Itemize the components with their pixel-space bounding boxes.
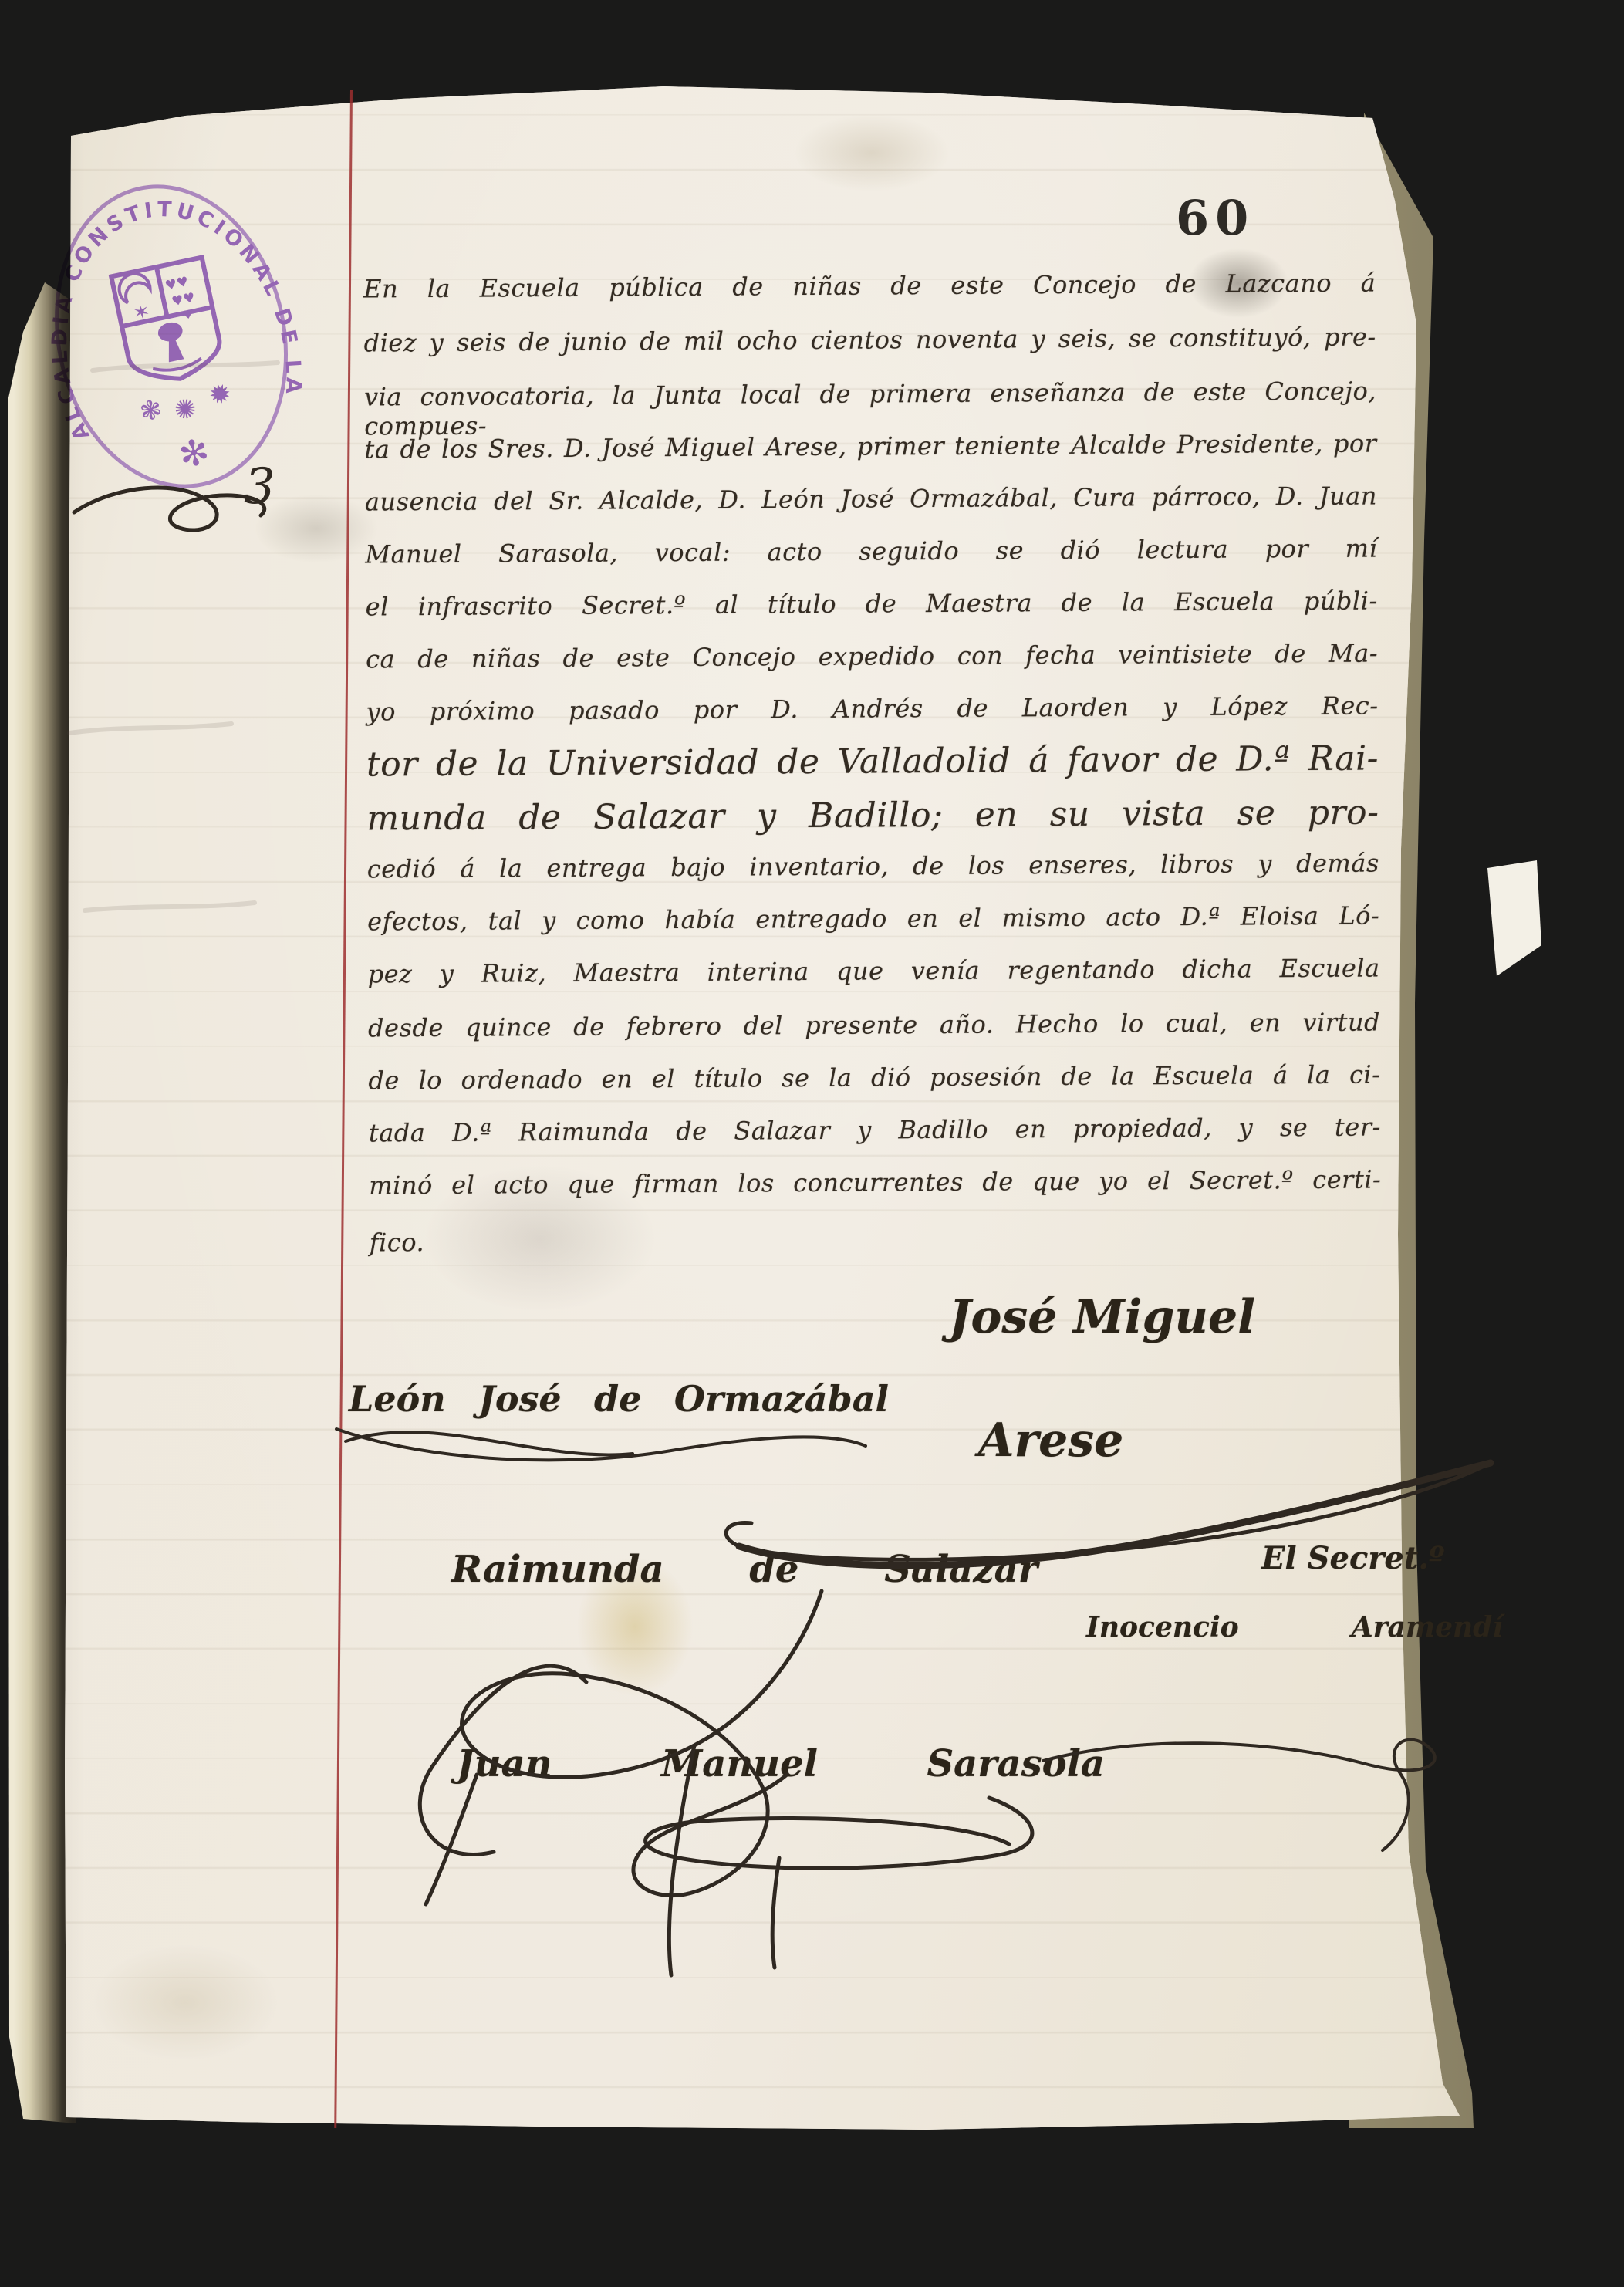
manuscript-line: el infrascrito Secret.º al título de Mae… <box>366 586 1378 622</box>
manuscript-line: cedió á la entrega bajo inventario, de l… <box>367 849 1379 884</box>
manuscript-line: diez y seis de junio de mil ocho cientos… <box>364 323 1376 358</box>
manuscript-line: tada D.ª Raimunda de Salazar y Badillo e… <box>369 1112 1381 1147</box>
signature-secretary-title: El Secret.º <box>1261 1540 1444 1576</box>
signature-inocencio-aramendi: Inocencio Aramendí <box>1086 1611 1503 1643</box>
manuscript-line: ta de los Sres. D. José Miguel Arese, pr… <box>364 429 1376 464</box>
manuscript-line: fico. <box>370 1228 425 1257</box>
manuscript-line: yo próximo pasado por D. Andrés de Laord… <box>366 691 1378 727</box>
manuscript-line: efectos, tal y como había entregado en e… <box>367 901 1379 937</box>
manuscript-line: En la Escuela pública de niñas de este C… <box>363 269 1376 304</box>
manuscript-line: tor de la Universidad de Valladolid á fa… <box>366 739 1379 785</box>
manuscript-line: munda de Salazar y Badillo; en su vista … <box>366 793 1379 839</box>
signature-leon-ormazabal: León José de Ormazábal <box>349 1378 889 1420</box>
manuscript-line: pez y Ruiz, Maestra interina que venía r… <box>368 953 1380 988</box>
signature-raimunda-salazar: Raimunda de Salazar <box>451 1548 1038 1591</box>
signature-arese: Arese <box>978 1414 1123 1468</box>
manuscript-line: de lo ordenado en el título se la dió po… <box>368 1059 1380 1095</box>
signature-juan-sarasola: Juan Manuel Sarasola <box>457 1742 1105 1785</box>
scanned-document-photo: ALCALDIA CONSTITUCIONAL DE LAZCANO ✶ ♥♥ … <box>0 0 1624 2287</box>
signature-jose-miguel: José Miguel <box>949 1290 1255 1344</box>
manuscript-text: En la Escuela pública de niñas de este C… <box>0 0 1624 2287</box>
manuscript-line: ca de niñas de este Concejo expedido con… <box>366 639 1378 674</box>
manuscript-line: desde quince de febrero del presente año… <box>368 1007 1380 1042</box>
manuscript-line: minó el acto que firman los concurrentes… <box>369 1164 1381 1200</box>
manuscript-line: ausencia del Sr. Alcalde, D. León José O… <box>365 481 1377 517</box>
manuscript-line: Manuel Sarasola, vocal: acto seguido se … <box>365 534 1377 569</box>
